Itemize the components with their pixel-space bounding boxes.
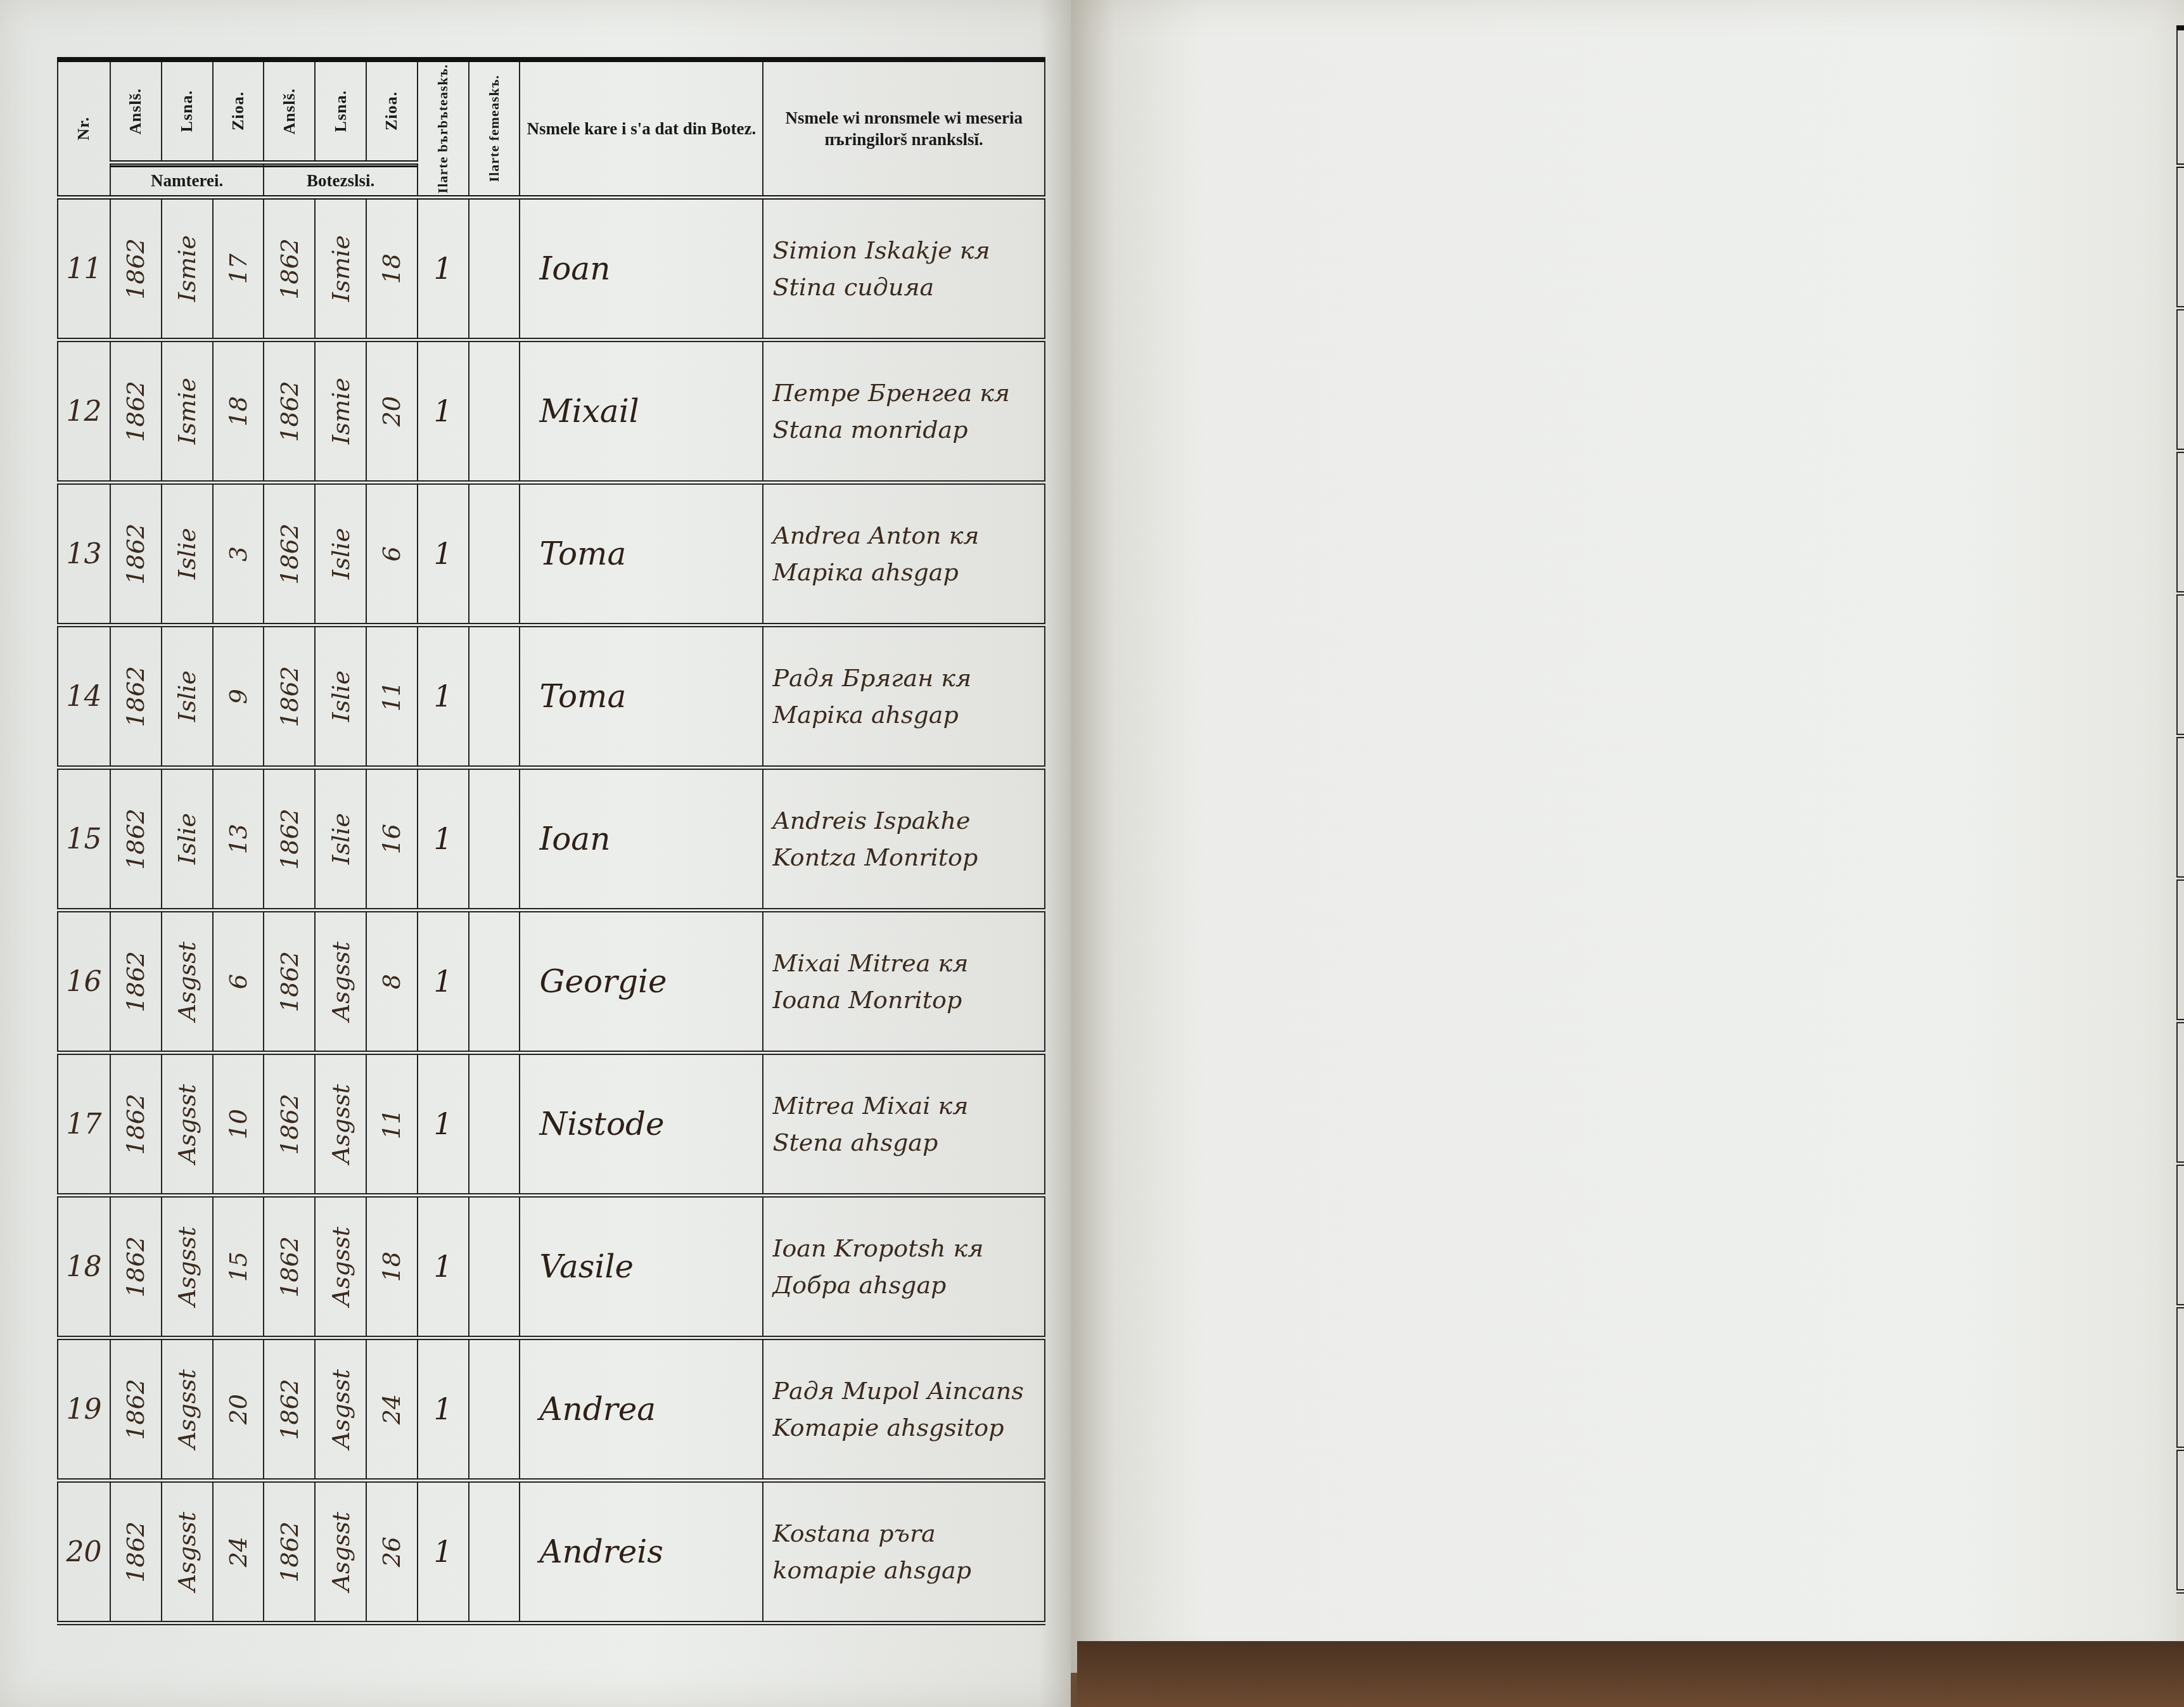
baptism-day: 16: [378, 824, 406, 854]
birth-year: 1862: [122, 381, 150, 442]
entry-number: 14: [66, 681, 101, 713]
parents-names: Mitrea Mixai кя Stena ahsgap: [763, 1084, 1044, 1165]
male-mark: 1: [434, 822, 452, 856]
birth-month: Ismie: [173, 235, 201, 302]
male-mark: 1: [434, 1107, 452, 1141]
female-mark: [469, 1053, 520, 1196]
female-mark: [469, 1196, 520, 1338]
given-name: Toma: [520, 535, 762, 572]
given-name: Nistode: [520, 1106, 762, 1142]
birth-day: 18: [224, 396, 252, 426]
entry-number: 19: [66, 1393, 101, 1426]
female-mark: [469, 198, 520, 340]
birth-place: in satsls Bsinoisde jos: [2178, 624, 2184, 705]
left-register-body: 111862Ismie171862Ismie181IoanSimion Iska…: [58, 198, 1045, 1623]
birth-year: 1862: [122, 809, 150, 870]
baptism-day: 26: [378, 1537, 406, 1567]
register-row: in satsls Bsinois de josDin kэnsnie heni…: [2177, 1021, 2184, 1164]
birth-year: 1862: [122, 666, 150, 727]
entry-number: 15: [66, 823, 101, 855]
col-parents: Nsmele wi nronsmele wi meseria пъringilo…: [763, 97, 1044, 160]
baptism-day: 20: [378, 396, 406, 426]
baptism-day: 24: [378, 1394, 406, 1424]
register-row: in satsls Bsinois de josDin kэnsnie heni…: [2177, 1307, 2184, 1449]
baptism-year: 1862: [276, 1094, 303, 1155]
female-mark: [469, 340, 520, 483]
parents-names: Kostana pъra komapie ahsgap: [763, 1511, 1044, 1592]
col-baptism-year: Anslš.: [280, 88, 299, 134]
birth-place: in satsls Bsinois de jos: [2178, 1480, 2184, 1561]
male-mark: 1: [434, 394, 452, 428]
birth-month: Islie: [173, 813, 201, 864]
col-female: Ilarte femeaskъ.: [486, 75, 502, 182]
male-mark: 1: [434, 537, 452, 571]
entry-number: 11: [66, 253, 101, 285]
baptism-year: 1862: [276, 1236, 303, 1298]
register-row: in satsls Bsinois de josDin kэnsnie heni…: [2177, 1164, 2184, 1307]
parents-names: Simion Iskakje кя Stina сидияа: [763, 228, 1044, 309]
baptism-month: Ismie: [327, 378, 355, 444]
baptism-month: Asgsst: [327, 942, 355, 1021]
baptism-year: 1862: [276, 1521, 303, 1583]
left-register-table: Nr. Anslš. Lsna. Zioa. Anslš. Lsna. Zioa…: [57, 57, 1045, 1625]
birth-year: 1862: [122, 1379, 150, 1440]
birth-place: in satsls Bsinois de jos: [2178, 196, 2184, 278]
birth-day: 24: [224, 1537, 252, 1567]
baptism-day: 11: [378, 1109, 406, 1139]
baptism-year: 1862: [276, 809, 303, 870]
register-row: 191862Asgsst201862Asgsst241AndreaРадя Ми…: [58, 1338, 1045, 1481]
register-row: in satsls Bsinois de josDin kэnsnie heni…: [2177, 736, 2184, 879]
register-spread: Nr. Anslš. Lsna. Zioa. Anslš. Lsna. Zioa…: [0, 0, 2184, 1685]
birth-month: Asgsst: [173, 1084, 201, 1164]
birth-year: 1862: [122, 238, 150, 300]
birth-day: 3: [224, 546, 252, 561]
baptism-month: Islie: [327, 670, 355, 722]
register-row: 141862Islie91862Islie111TomaРадя Бряган …: [58, 625, 1045, 768]
parents-names: Andrea Anton кя Маріка ahsgap: [763, 513, 1044, 594]
col-birth-day: Zioa.: [229, 91, 248, 131]
female-mark: [469, 911, 520, 1053]
given-name: Toma: [520, 678, 762, 715]
col-given-name: Nsmele kare i s'a dat din Botez.: [520, 108, 762, 150]
col-baptism-day: Zioa.: [382, 91, 401, 131]
parents-names: Ioan Kropotsh кя Добра ahsgap: [763, 1226, 1044, 1307]
register-row: 181862Asgsst151862Asgsst181VasileIoan Kr…: [58, 1196, 1045, 1338]
left-header-row: Nr. Anslš. Lsna. Zioa. Anslš. Lsna. Zioa…: [58, 60, 1045, 163]
given-name: Georgie: [520, 963, 762, 1000]
birth-month: Ismie: [173, 378, 201, 444]
birth-month: Islie: [173, 670, 201, 722]
book-fold: [1039, 0, 1115, 1707]
female-mark: [469, 1481, 520, 1623]
baptism-day: 6: [378, 546, 406, 561]
register-row: 171862Asgsst101862Asgsst111NistodeMitrea…: [58, 1053, 1045, 1196]
register-row: in satsls Bsinois de josDin kэnsnie heni…: [2177, 166, 2184, 309]
birth-day: 15: [224, 1251, 252, 1282]
female-mark: [469, 625, 520, 768]
birth-month: Asgsst: [173, 942, 201, 1021]
register-row: in satsls Bsinois de josDin kэnsnie heni…: [2177, 1449, 2184, 1592]
birth-year: 1862: [122, 523, 150, 585]
col-baptism-month: Lsna.: [331, 90, 350, 132]
baptism-year: 1862: [276, 523, 303, 585]
parents-names: Радя Бряган кя Маріка ahsgap: [763, 656, 1044, 737]
desk-surface: [1077, 1641, 2184, 1707]
entry-number: 17: [66, 1108, 101, 1141]
register-row: 131862Islie31862Islie61TomaAndrea Anton …: [58, 483, 1045, 625]
birth-place: in satsls Bsinois de jos: [2178, 909, 2184, 990]
baptism-year: 1862: [276, 381, 303, 442]
birth-place: in satsls Bsinois de jos: [2178, 767, 2184, 848]
given-name: Vasile: [520, 1248, 762, 1285]
given-name: Andreis: [520, 1533, 762, 1570]
male-mark: 1: [434, 964, 452, 999]
right-register-body: in satsls Bsinois de josDin kэnsnie heni…: [2177, 166, 2184, 1592]
entry-number: 16: [66, 966, 101, 998]
col-birth-month: Lsna.: [177, 90, 196, 132]
group-birth: Namterei.: [111, 165, 263, 195]
male-mark: 1: [434, 1250, 452, 1284]
baptism-month: Asgsst: [327, 1369, 355, 1449]
baptism-year: 1862: [276, 238, 303, 300]
entry-number: 13: [66, 538, 101, 570]
given-name: Ioan: [520, 821, 762, 857]
birth-year: 1862: [122, 1094, 150, 1155]
right-register-table: Nsmirea oramslsi wi a satslsi snde s'a n…: [2176, 25, 2184, 1594]
register-row: 201862Asgsst241862Asgsst261AndreisKostan…: [58, 1481, 1045, 1623]
baptism-year: 1862: [276, 666, 303, 727]
birth-month: Asgsst: [173, 1369, 201, 1449]
female-mark: [469, 483, 520, 625]
birth-year: 1862: [122, 1236, 150, 1298]
register-row: in satsls Bsinois de josDin kэnsnie heni…: [2177, 879, 2184, 1021]
col-birth-year: Anslš.: [126, 88, 145, 134]
parents-names: Петре Бренгеа кя Stana monridap: [763, 371, 1044, 452]
birth-place: in satsls Bsinois de jos: [2178, 1194, 2184, 1275]
parents-names: Mixai Mitrea кя Ioana Monritop: [763, 941, 1044, 1022]
birth-day: 10: [224, 1109, 252, 1139]
birth-place: in satsls Bsinois de jos: [2178, 1052, 2184, 1133]
birth-month: Asgsst: [173, 1512, 201, 1592]
left-page: Nr. Anslš. Lsna. Zioa. Anslš. Lsna. Zioa…: [0, 0, 1071, 1707]
baptism-year: 1862: [276, 1379, 303, 1440]
given-name: Mixail: [520, 393, 762, 430]
male-mark: 1: [434, 252, 452, 286]
baptism-month: Islie: [327, 528, 355, 579]
birth-month: Islie: [173, 528, 201, 579]
birth-place: in satsls Bsinoisde jos: [2178, 339, 2184, 420]
col-nr: Nr.: [74, 117, 93, 140]
baptism-day: 18: [378, 253, 406, 284]
given-name: Ioan: [520, 250, 762, 287]
baptism-day: 8: [378, 974, 406, 989]
register-row: 151862Islie131862Islie161IoanAndreis Isp…: [58, 768, 1045, 911]
baptism-day: 18: [378, 1251, 406, 1282]
female-mark: [469, 1338, 520, 1481]
baptism-month: Islie: [327, 813, 355, 864]
baptism-month: Ismie: [327, 235, 355, 302]
female-mark: [469, 768, 520, 911]
birth-day: 13: [224, 824, 252, 854]
birth-year: 1862: [122, 951, 150, 1013]
register-row: 161862Asgsst61862Asgsst81GeorgieMixai Mi…: [58, 911, 1045, 1053]
birth-day: 6: [224, 974, 252, 989]
birth-day: 17: [224, 253, 252, 284]
register-row: 111862Ismie171862Ismie181IoanSimion Iska…: [58, 198, 1045, 340]
col-male: Ilarte bъrbъteaskъ.: [435, 64, 451, 193]
entry-number: 20: [66, 1536, 101, 1568]
register-row: 121862Ismie181862Ismie201MixailПетре Бре…: [58, 340, 1045, 483]
parents-names: Радя Мироl Aincans Komapie ahsgsitop: [763, 1369, 1044, 1450]
birth-place: in satsls Bsinoisde jos: [2178, 482, 2184, 563]
group-baptism: Botezslsi.: [264, 165, 416, 195]
entry-number: 18: [66, 1251, 101, 1283]
register-row: in satsls Bsinoisde josDin kэnsnie heni …: [2177, 309, 2184, 451]
baptism-year: 1862: [276, 951, 303, 1013]
birth-place: in satsls Bsinois de jos: [2178, 1337, 2184, 1418]
birth-day: 9: [224, 689, 252, 704]
baptism-month: Asgsst: [327, 1084, 355, 1164]
male-mark: 1: [434, 1535, 452, 1569]
baptism-day: 11: [378, 681, 406, 712]
male-mark: 1: [434, 679, 452, 713]
col-place: Nsmirea oramslsi wi a satslsi snde s'a n…: [2178, 54, 2184, 139]
right-header-row: Nsmirea oramslsi wi a satslsi snde s'a n…: [2177, 28, 2184, 166]
baptism-month: Asgsst: [327, 1227, 355, 1307]
given-name: Andrea: [520, 1391, 762, 1428]
entry-number: 12: [66, 395, 101, 428]
register-row: in satsls Bsinoisde josDin kэnsnie heni …: [2177, 594, 2184, 736]
male-mark: 1: [434, 1392, 452, 1426]
register-row: in satsls Bsinoisde josDin kэnsnie heni …: [2177, 451, 2184, 594]
parents-names: Andreis Ispakhe Kontza Monritop: [763, 798, 1044, 879]
birth-year: 1862: [122, 1521, 150, 1583]
birth-day: 20: [224, 1394, 252, 1424]
baptism-month: Asgsst: [327, 1512, 355, 1592]
right-page: Nsmirea oramslsi wi a satslsi snde s'a n…: [1071, 0, 2184, 1673]
birth-month: Asgsst: [173, 1227, 201, 1307]
